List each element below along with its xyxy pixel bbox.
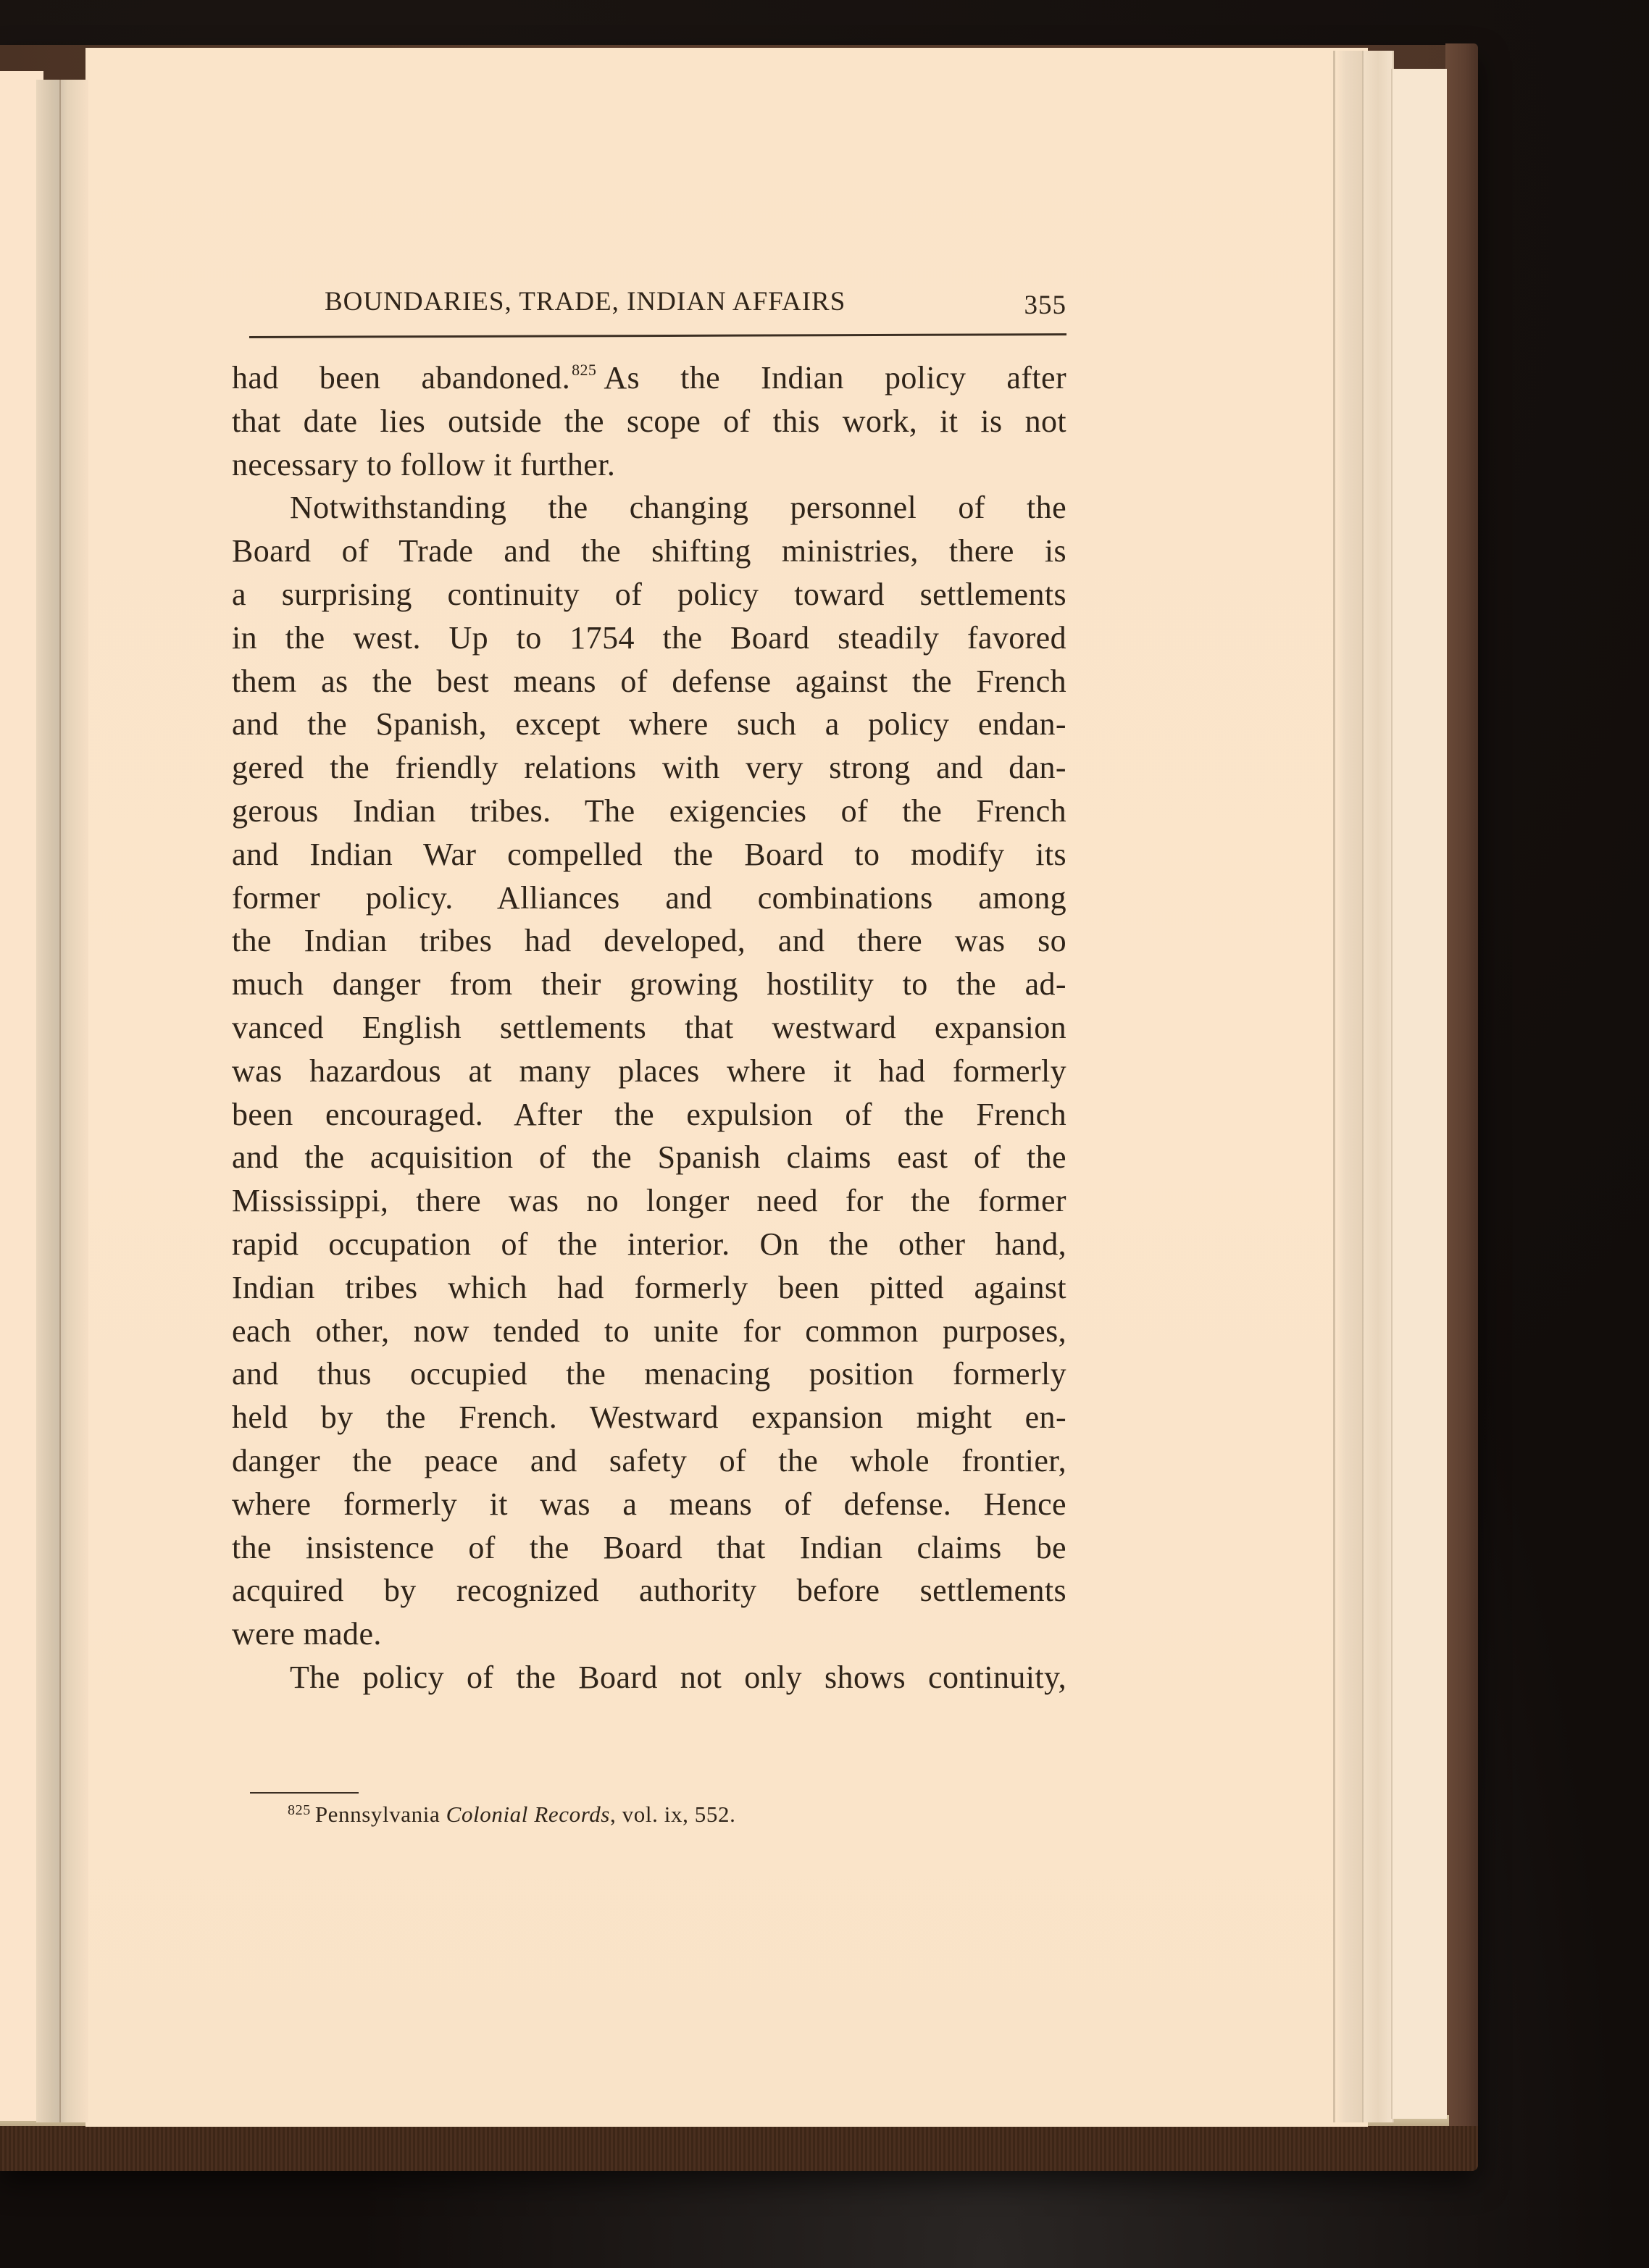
book-cover-right-edge	[1445, 43, 1478, 2169]
text-line: in the west. Up to 1754 the Board steadi…	[232, 616, 1066, 660]
text-line: Notwithstanding the changing personnel o…	[232, 486, 1066, 530]
text-line: been encouraged. After the expulsion of …	[232, 1093, 1066, 1137]
text-line: much danger from their growing hostility…	[232, 963, 1066, 1006]
deckled-fore-edge	[1362, 51, 1394, 2122]
body-text: had been abandoned.825As the Indian poli…	[232, 356, 1066, 1699]
gutter-shadow	[36, 80, 88, 2122]
text-block: BOUNDARIES, TRADE, INDIAN AFFAIRS 355 ha…	[232, 275, 1066, 326]
text-line: held by the French. Westward expansion m…	[232, 1396, 1066, 1439]
text-line: acquired by recognized authority before …	[232, 1569, 1066, 1612]
running-head-title: BOUNDARIES, TRADE, INDIAN AFFAIRS	[325, 286, 846, 317]
text-segment: As the Indian policy after	[604, 360, 1066, 396]
footnote-text: Pennsylvania	[315, 1802, 446, 1827]
text-line: former policy. Alliances and combination…	[232, 876, 1066, 920]
text-line: rapid occupation of the interior. On the…	[232, 1223, 1066, 1266]
text-line: where formerly it was a means of defense…	[232, 1483, 1066, 1526]
text-line: was hazardous at many places where it ha…	[232, 1050, 1066, 1093]
text-line: a surprising continuity of policy toward…	[232, 573, 1066, 616]
book-cover-bottom-edge	[0, 2126, 1478, 2171]
text-line: vanced English settlements that westward…	[232, 1006, 1066, 1050]
footnote-number: 825	[288, 1802, 311, 1818]
footnote: 825Pennsylvania Colonial Records, vol. i…	[288, 1802, 735, 1828]
footnote-rule	[250, 1792, 359, 1794]
text-line: Mississippi, there was no longer need fo…	[232, 1179, 1066, 1223]
text-line: necessary to follow it further.	[232, 443, 1066, 487]
text-line: and the acquisition of the Spanish claim…	[232, 1136, 1066, 1179]
text-line: Indian tribes which had formerly been pi…	[232, 1266, 1066, 1310]
text-line: and Indian War compelled the Board to mo…	[232, 833, 1066, 876]
footnote-reference[interactable]: 825	[572, 361, 596, 379]
running-head: BOUNDARIES, TRADE, INDIAN AFFAIRS 355	[232, 275, 1066, 326]
footnote-text: , vol. ix, 552.	[610, 1802, 735, 1827]
text-line: the insistence of the Board that Indian …	[232, 1526, 1066, 1570]
deckled-fore-edge	[1391, 69, 1447, 2119]
text-line: them as the best means of defense agains…	[232, 660, 1066, 703]
footnote-italic-title: Colonial Records	[446, 1802, 610, 1827]
text-line: had been abandoned.825As the Indian poli…	[232, 356, 1066, 400]
text-line: gerous Indian tribes. The exigencies of …	[232, 790, 1066, 833]
text-line: were made.	[232, 1612, 1066, 1656]
text-segment: had been abandoned.	[232, 360, 570, 396]
text-line: that date lies outside the scope of this…	[232, 400, 1066, 443]
text-line: each other, now tended to unite for comm…	[232, 1310, 1066, 1353]
text-line: the Indian tribes had developed, and the…	[232, 919, 1066, 963]
text-line: and the Spanish, except where such a pol…	[232, 703, 1066, 746]
gutter-fold-line	[59, 80, 61, 2122]
page-number: 355	[1024, 290, 1067, 321]
text-line: danger the peace and safety of the whole…	[232, 1439, 1066, 1483]
text-line: gered the friendly relations with very s…	[232, 746, 1066, 790]
text-line: and thus occupied the menacing position …	[232, 1352, 1066, 1396]
text-line: The policy of the Board not only shows c…	[232, 1656, 1066, 1699]
text-line: Board of Trade and the shifting ministri…	[232, 530, 1066, 573]
